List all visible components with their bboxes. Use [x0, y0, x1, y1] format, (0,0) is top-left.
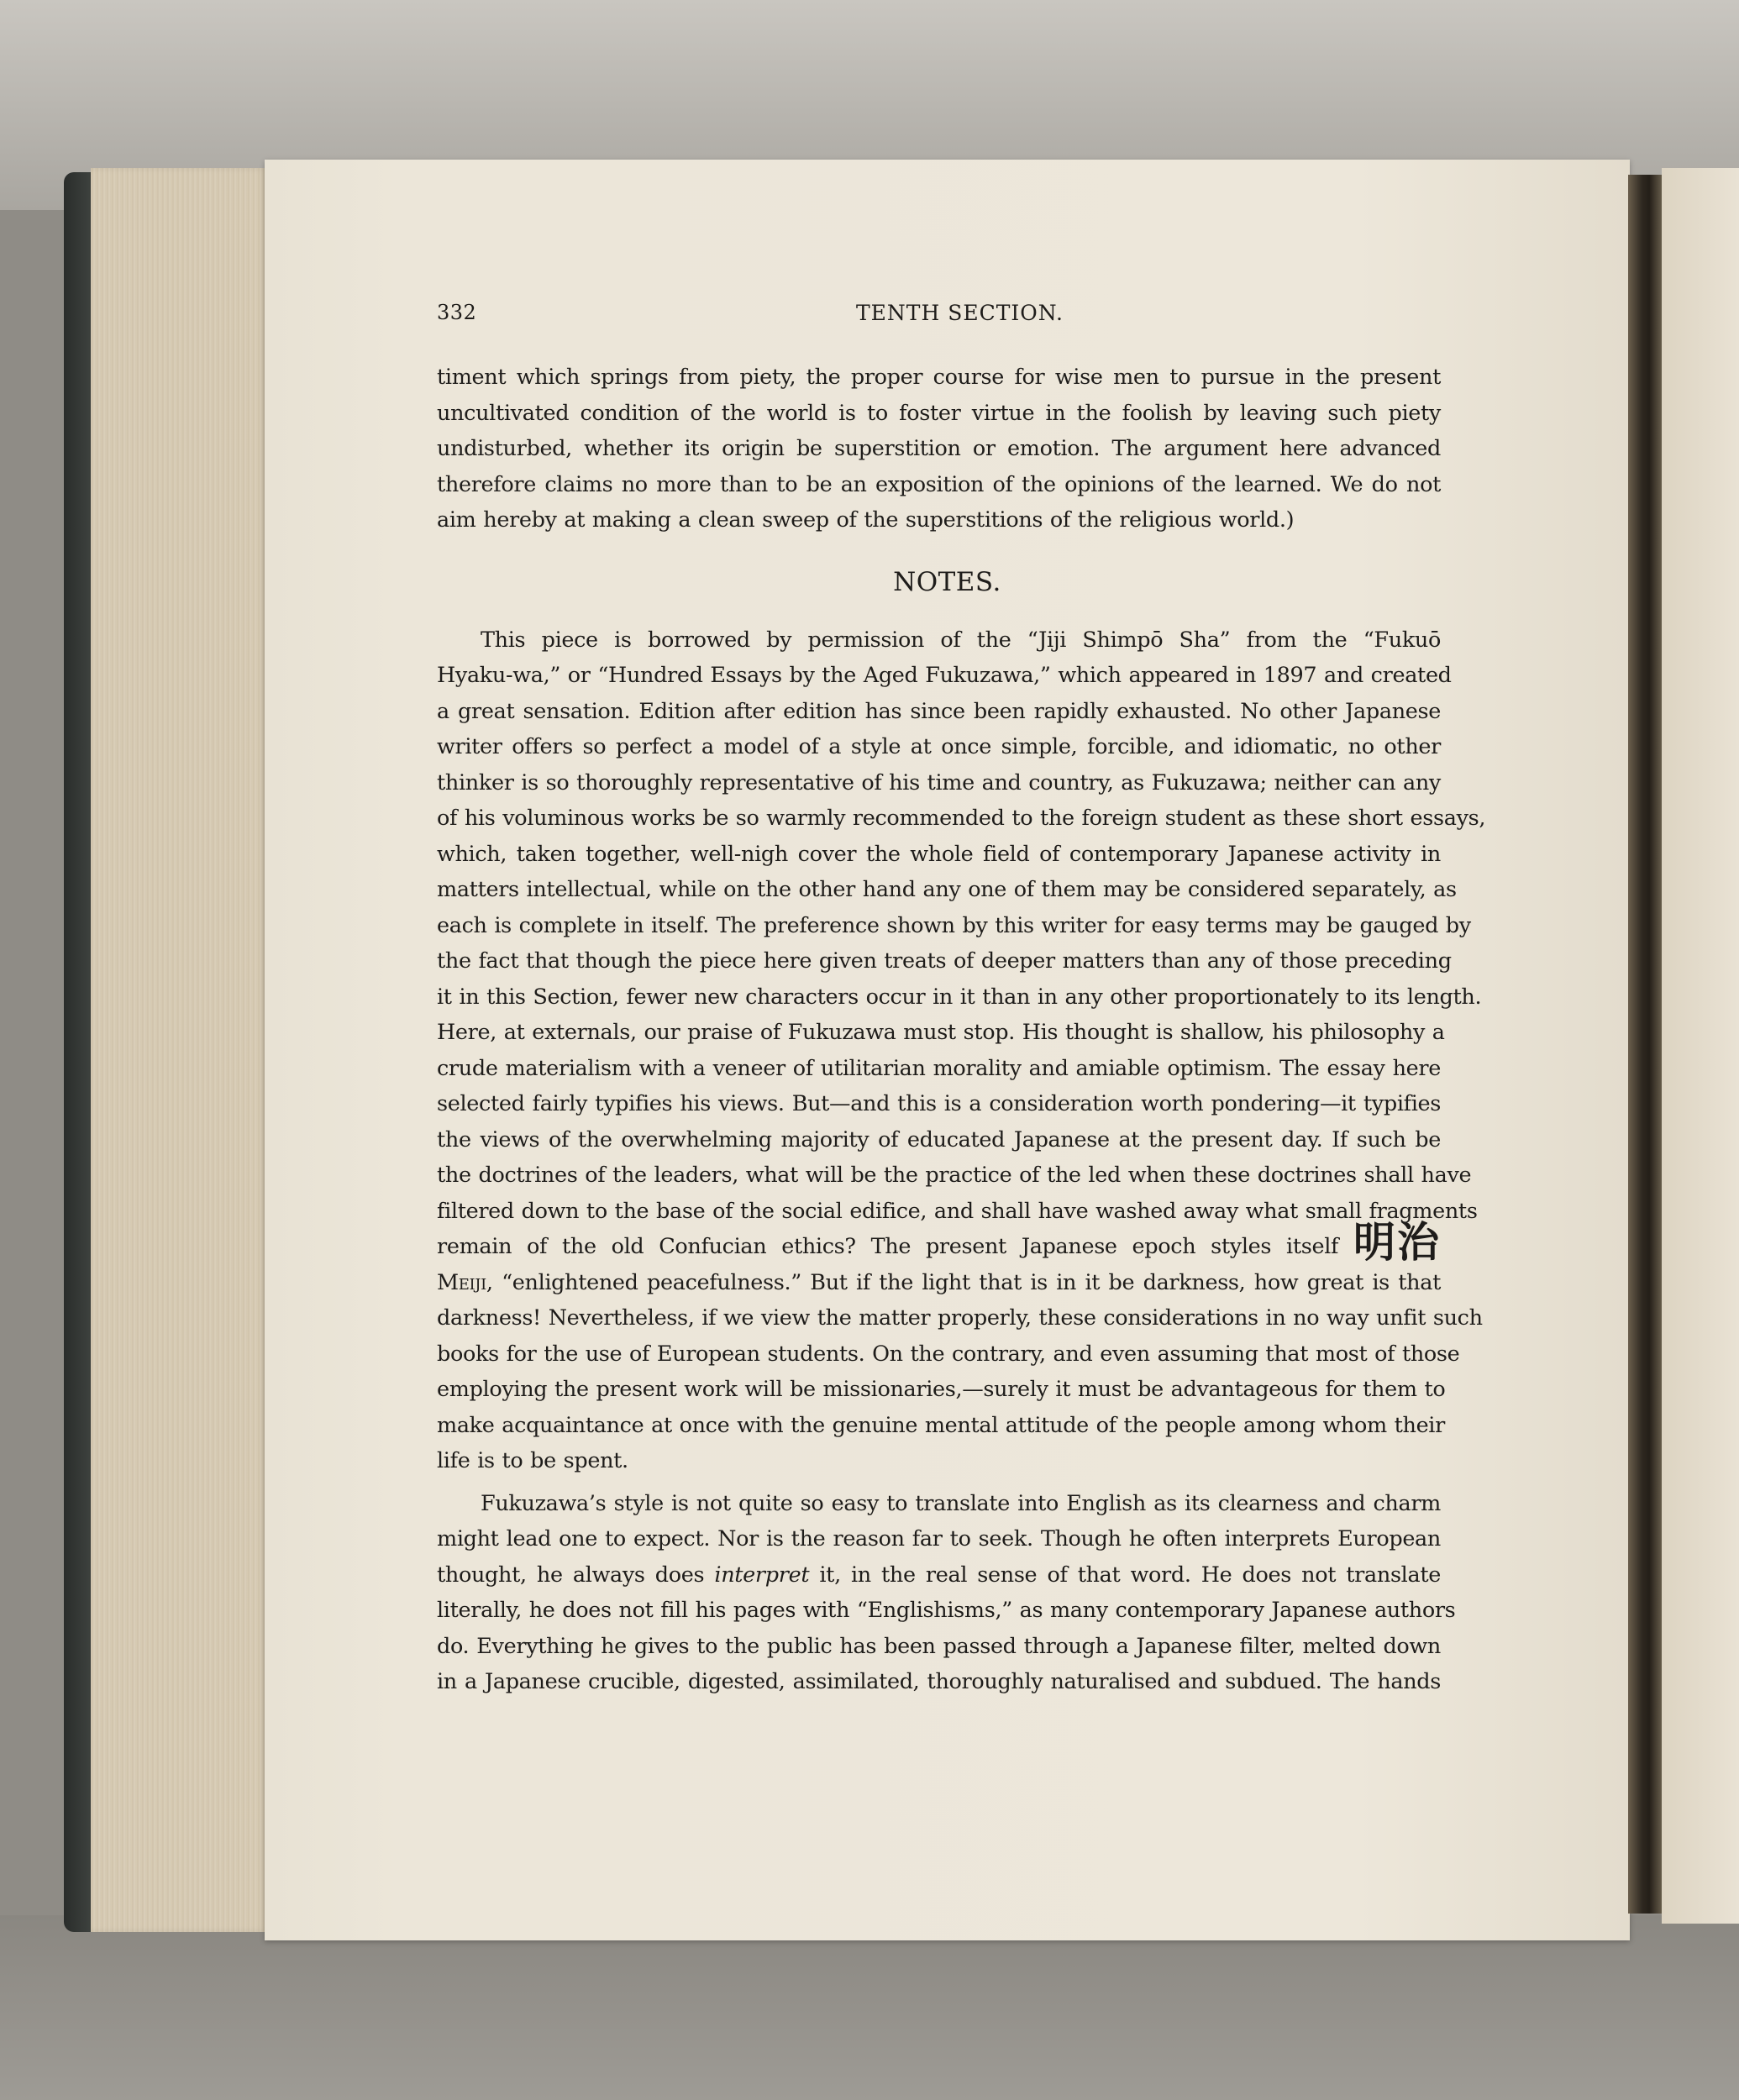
text-line: crude materialism with a veneer of utili…	[437, 1051, 1441, 1087]
text-line: in a Japanese crucible, digested, assimi…	[437, 1664, 1441, 1700]
text-line: writer offers so perfect a model of a st…	[437, 729, 1441, 765]
meiji-word: Meiji,	[437, 1270, 493, 1295]
text-fragment: thought, he always does	[437, 1562, 704, 1588]
text-line-with-italic: thought, he always does interpret it, in…	[437, 1557, 1441, 1593]
text-line: a great sensation. Edition after edition…	[437, 694, 1441, 730]
text-line: Hyaku-wa,” or “Hundred Essays by the Age…	[437, 658, 1441, 694]
text-line: each is complete in itself. The preferen…	[437, 908, 1441, 944]
facing-page-edge	[1662, 168, 1739, 1924]
text-line: aim hereby at making a clean sweep of th…	[437, 502, 1441, 538]
text-line: Here, at externals, our praise of Fukuza…	[437, 1015, 1441, 1051]
notes-paragraph-2: Fukuzawa’s style is not quite so easy to…	[437, 1486, 1441, 1700]
italic-word: interpret	[714, 1562, 809, 1588]
text-line: of his voluminous works be so warmly rec…	[437, 801, 1441, 837]
background-bottom	[0, 1915, 1739, 2100]
running-title: TENTH SECTION.	[437, 301, 1441, 325]
text-line: uncultivated condition of the world is t…	[437, 396, 1441, 432]
text-line: the views of the overwhelming majority o…	[437, 1122, 1441, 1158]
page-text: 332 TENTH SECTION. timent which springs …	[437, 286, 1441, 1700]
text-line: the fact that though the piece here give…	[437, 943, 1441, 979]
text-line: which, taken together, well-nigh cover t…	[437, 837, 1441, 873]
text-line: employing the present work will be missi…	[437, 1372, 1441, 1408]
running-head: 332 TENTH SECTION.	[437, 286, 1441, 336]
page-stack-edge	[91, 168, 269, 1932]
text-line: the doctrines of the leaders, what will …	[437, 1158, 1441, 1194]
text-line: timent which springs from piety, the pro…	[437, 360, 1441, 396]
text-line: darkness! Nevertheless, if we view the m…	[437, 1300, 1441, 1336]
text-line: books for the use of European students. …	[437, 1336, 1441, 1373]
text-line: This piece is borrowed by permission of …	[437, 622, 1441, 659]
notes-heading: NOTES.	[437, 567, 1441, 597]
text-fragment: remain of the old Confucian ethics? The …	[437, 1234, 1338, 1259]
text-line-with-kanji: remain of the old Confucian ethics? The …	[437, 1229, 1441, 1265]
text-line: make acquaintance at once with the genui…	[437, 1408, 1441, 1444]
text-line: matters intellectual, while on the other…	[437, 872, 1441, 908]
text-line: life is to be spent.	[437, 1443, 1441, 1479]
text-line: filtered down to the base of the social …	[437, 1194, 1441, 1230]
text-line: it in this Section, fewer new characters…	[437, 979, 1441, 1016]
text-line: undisturbed, whether its origin be super…	[437, 431, 1441, 467]
continued-paragraph: timent which springs from piety, the pro…	[437, 360, 1441, 538]
text-line: Fukuzawa’s style is not quite so easy to…	[437, 1486, 1441, 1522]
text-line: might lead one to expect. Nor is the rea…	[437, 1521, 1441, 1557]
text-line-meiji: Meiji, “enlightened peacefulness.” But i…	[437, 1265, 1441, 1301]
text-fragment: “enlightened peacefulness.” But if the l…	[502, 1270, 1441, 1295]
text-fragment: it, in the real sense of that word. He d…	[819, 1562, 1441, 1588]
book-gutter	[1628, 175, 1663, 1914]
text-line: literally, he does not fill his pages wi…	[437, 1593, 1441, 1629]
text-line: do. Everything he gives to the public ha…	[437, 1629, 1441, 1665]
text-line: thinker is so thoroughly representative …	[437, 765, 1441, 801]
text-line: selected fairly typifies his views. But—…	[437, 1086, 1441, 1122]
text-line: therefore claims no more than to be an e…	[437, 467, 1441, 503]
meiji-kanji: 明治	[1353, 1230, 1441, 1255]
notes-paragraph-1: This piece is borrowed by permission of …	[437, 622, 1441, 1479]
